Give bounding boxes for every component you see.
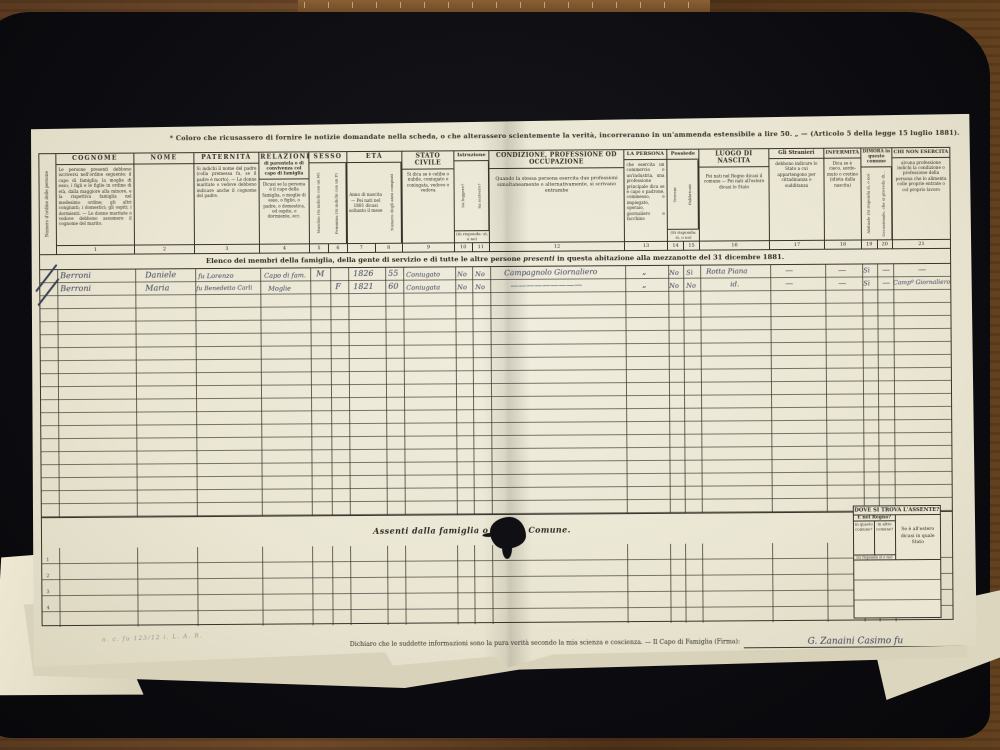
- col-sesso-title: SESSO: [309, 152, 346, 163]
- row2-terreni: No: [669, 282, 679, 290]
- row1-condizione: Campagnolo Giornaliero: [504, 267, 597, 277]
- col-la-persona-note: che esercita un commercio o un'industria…: [624, 160, 667, 242]
- dove-estero: Se è all'estero dicasi in quale Stato: [895, 515, 940, 559]
- col-nome-num: 2: [135, 244, 194, 253]
- row1-cognome: Berroni: [60, 271, 91, 280]
- col-dimora-nums: 19 20: [862, 239, 892, 248]
- col-la-persona: LA PERSONA che esercita un commercio o u…: [624, 150, 668, 250]
- column-rule: [862, 264, 865, 511]
- column-rule: [893, 264, 896, 511]
- row2-nome: Maria: [145, 283, 169, 292]
- col-stranieri-num: 17: [770, 240, 824, 249]
- row1-infermita: —: [838, 266, 846, 275]
- column-rule: [59, 548, 61, 627]
- col-stranieri-title: Gli Stranieri: [769, 149, 823, 159]
- list-caption-em: presenti: [523, 255, 555, 263]
- column-rule: [702, 544, 704, 623]
- col-paternita-note: Si indichi il nome del padre (colla prem…: [194, 164, 259, 245]
- col-sesso-nums: 5 6: [310, 243, 347, 252]
- col-sesso: SESSO Maschio (Si indichi con un M) Femm…: [309, 152, 348, 252]
- table-header: Numero d'ordine delle persone COGNOME Le…: [39, 148, 950, 255]
- row1-persona: „: [642, 267, 646, 276]
- row1-stranieri: —: [785, 266, 793, 275]
- col-relazione-num: 4: [260, 243, 309, 252]
- col-possiede: Possiede Terreni Fabbricati (Si risponda…: [667, 150, 700, 250]
- row2-chi-non-esercita: Campº Giornaliero: [893, 279, 950, 287]
- row1-paternita: fu Lorenzo: [198, 272, 233, 280]
- row2-anno-nascita: 1821: [353, 282, 373, 291]
- col-condizione-note: Quando la stessa persona esercita due pr…: [489, 168, 624, 242]
- col-nome: NOME 2: [134, 153, 195, 253]
- column-rule: [455, 267, 458, 514]
- column-rule: [350, 546, 352, 625]
- col-istruzione: Istruzione Sa leggere? Sa scrivere? (Si …: [454, 151, 490, 251]
- column-rule: [625, 266, 628, 513]
- column-rule: [627, 544, 629, 623]
- col-dimora-num-a: 19: [862, 240, 877, 248]
- dove-head: È nel Regno? in questo comune? in altro …: [854, 515, 940, 561]
- row2-paternita: fu Benedetto Carli: [196, 285, 252, 293]
- col-cognome-title: COGNOME: [56, 154, 133, 165]
- column-rule: [683, 266, 686, 513]
- col-istruzione-nums: 10 11: [455, 242, 489, 251]
- col-eta-nums: 7 8: [348, 243, 402, 252]
- column-rule: [770, 265, 773, 512]
- row2-luogo-nascita: id.: [730, 280, 739, 288]
- col-dimora-occasionale: Occasionale, che si prevede di…: [876, 167, 892, 239]
- col-relazione: RELAZIONE di parentela o di convivenza c…: [259, 152, 310, 252]
- col-chinon-note: alcuna professione indichi la condizione…: [892, 157, 950, 239]
- absent-row-number: 2: [46, 573, 49, 579]
- absent-row-number: 1: [46, 557, 49, 563]
- column-rule: [490, 267, 493, 514]
- col-eta-num-compiuti: 8: [374, 244, 402, 252]
- col-possiede-nota: (Si risponda: sì, o no): [668, 229, 699, 241]
- dove-empty-rows: [854, 560, 940, 618]
- dove-regno-cell: È nel Regno? in questo comune? in altro …: [854, 515, 896, 559]
- row1-stato-civile: Coniugato: [406, 270, 440, 278]
- row2-condizione: —————————: [510, 280, 582, 290]
- row1-relazione: Capo di fam.: [264, 271, 306, 280]
- column-rule: [877, 264, 880, 511]
- col-dimora-split: Abituale (Si risponda sì, o no) Occasion…: [861, 167, 892, 239]
- row1-fabbricati: Sì: [686, 269, 693, 277]
- column-rule: [685, 544, 687, 623]
- col-sesso-f: Femmina (Si indichi con un F): [327, 163, 347, 243]
- col-condizione: CONDIZIONE, PROFESSIONE OD OCCUPAZIONE Q…: [489, 150, 625, 251]
- row2-infermita: —: [838, 279, 846, 288]
- col-ordine-title: Numero d'ordine delle persone: [39, 154, 56, 254]
- col-chi-non-esercita: CHI NON ESERCITA alcuna professione indi…: [892, 148, 950, 248]
- declaration-line: Dichiaro che le suddette informazioni so…: [350, 627, 967, 651]
- col-cognome-num: 1: [57, 245, 134, 255]
- col-istruzione-num-s: 11: [471, 243, 489, 251]
- declaration-text: Dichiaro che le suddette informazioni so…: [350, 638, 740, 648]
- col-eta-num-anno: 7: [348, 244, 375, 252]
- col-istruzione-title: Istruzione: [454, 151, 488, 161]
- col-stranieri-note: debbono indicare lo Stato a cui apparten…: [769, 159, 824, 240]
- col-luogo-num: 16: [700, 240, 769, 249]
- col-stato-civile: STATO CIVILE Si dica se è celibe o nubil…: [402, 151, 455, 251]
- col-sesso-num-m: 5: [310, 244, 328, 252]
- row1-dimora-abituale: Sì: [863, 266, 870, 274]
- row2-dimora-occasionale: —: [882, 278, 890, 287]
- col-stranieri: Gli Stranieri debbono indicare lo Stato …: [769, 149, 825, 249]
- absent-caption-a: Assenti dalla famiglia o: [373, 525, 488, 536]
- col-nome-title: NOME: [134, 153, 193, 164]
- column-rule: [457, 545, 459, 624]
- column-rule: [387, 546, 389, 625]
- col-istruzione-num-l: 10: [455, 243, 472, 251]
- col-dimora-title: DIMORA in questo comune: [861, 148, 891, 167]
- col-eta-split: Anno di nascita — Pei nati nel 1881 dica…: [347, 163, 402, 243]
- list-caption-post: in questa abitazione alla mezzanotte del…: [555, 253, 785, 263]
- signature-rule: G. Zanaini Casimo fu: [744, 627, 967, 649]
- column-rule: [405, 546, 407, 625]
- column-rule: [492, 545, 494, 624]
- column-rule: [135, 270, 138, 517]
- column-rule: [262, 547, 264, 626]
- head-of-family-signature: G. Zanaini Casimo fu: [808, 636, 904, 647]
- row1-nome: Daniele: [145, 270, 176, 279]
- col-luogo-nascita: LUOGO DI NASCITA Pei nati nel Regno dica…: [699, 149, 770, 249]
- row2-sa-scrivere: No: [475, 283, 485, 291]
- penalty-note: * Coloro che ricusassero di fornire le n…: [168, 129, 961, 143]
- col-fabbricati: Fabbricati: [682, 159, 698, 229]
- col-infermita: INFERMITÀ Dica se è cieco, sordo-muto o …: [824, 148, 862, 248]
- col-stato-note: Si dica se è celibe o nubile, coniugato …: [402, 169, 454, 243]
- row2-stranieri: —: [785, 279, 793, 288]
- column-rule: [403, 268, 406, 515]
- col-eta-compiuti: Numero degli anni compiuti: [383, 163, 402, 243]
- column-rule: [670, 544, 672, 623]
- column-rule: [310, 268, 313, 515]
- col-la-persona-num: 13: [625, 241, 667, 250]
- absent-table-body: 1 2 3 4: [42, 542, 953, 627]
- row2-fabbricati: No: [686, 282, 696, 290]
- row1-chi-non-esercita: —: [918, 265, 926, 274]
- col-eta-anno: Anno di nascita — Pei nati nel 1881 dica…: [347, 163, 384, 243]
- col-la-persona-title: LA PERSONA: [624, 150, 666, 160]
- col-chinon-num: 21: [893, 239, 950, 248]
- col-paternita-title: PATERNITÀ: [194, 153, 258, 164]
- col-dimora-num-o: 20: [876, 240, 892, 248]
- column-rule: [348, 268, 351, 515]
- col-istruzione-nota: (Si risponda: sì, o no): [455, 230, 489, 242]
- col-dimora-abituale: Abituale (Si risponda sì, o no): [861, 167, 876, 239]
- column-rule: [772, 543, 774, 622]
- col-ordine: Numero d'ordine delle persone: [39, 154, 57, 254]
- col-paternita-num: 3: [195, 244, 259, 253]
- row1-dimora-occasionale: —: [882, 265, 890, 274]
- row2-stato-civile: Coniugata: [406, 283, 440, 291]
- dove-q1: in questo comune?: [854, 521, 874, 554]
- col-terreni: Terreni: [667, 159, 682, 229]
- col-eta: ETÀ Anno di nascita — Pei nati nel 1881 …: [347, 152, 403, 252]
- row2-sesso-f: F: [335, 282, 341, 291]
- photo-scene: * Coloro che ricusassero di fornire le n…: [0, 0, 1000, 750]
- col-possiede-split: Terreni Fabbricati: [667, 159, 698, 229]
- dove-nota: (si risponda sì o no): [854, 554, 895, 559]
- column-rule: [385, 268, 388, 515]
- row1-anni-compiuti: 55: [388, 269, 398, 278]
- column-rule: [827, 543, 829, 622]
- column-rule: [312, 546, 314, 625]
- col-stato-num: 9: [403, 242, 454, 251]
- column-rule: [700, 266, 703, 513]
- row2-persona: „: [642, 280, 646, 289]
- col-chinon-title: CHI NON ESERCITA: [892, 148, 949, 158]
- row2-relazione: Moglie: [268, 284, 291, 292]
- col-possiede-num-f: 15: [683, 242, 699, 250]
- absent-row-number: 4: [46, 605, 49, 611]
- col-nome-spacer: [134, 164, 194, 245]
- col-luogo-note: Pei nati nel Regno dicasi il comune — Pe…: [699, 167, 769, 241]
- row2-dimora-abituale: Sì: [863, 279, 870, 287]
- row1-sesso-m: M: [316, 269, 324, 278]
- row2-cognome: Berroni: [60, 284, 91, 293]
- col-infermita-title: INFERMITÀ: [824, 148, 860, 158]
- col-luogo-title: LUOGO DI NASCITA: [699, 149, 768, 167]
- column-rule: [668, 266, 671, 513]
- col-relazione-note: Dicasi se la persona è il capo della fam…: [260, 179, 309, 244]
- column-rule: [195, 269, 198, 516]
- col-possiede-title: Possiede: [667, 150, 698, 160]
- col-stato-title: STATO CIVILE: [402, 151, 453, 169]
- col-sesso-split: Maschio (Si indichi con un M) Femmina (S…: [309, 163, 347, 243]
- row1-luogo-nascita: Rotta Piana: [706, 267, 747, 276]
- column-rule: [825, 265, 828, 512]
- column-rule: [260, 269, 263, 516]
- absent-location-box: DOVE SI TROVA L'ASSENTE? È nel Regno? in…: [853, 505, 942, 619]
- column-rule: [137, 548, 139, 627]
- row1-sa-leggere: No: [457, 270, 467, 278]
- list-caption-pre: Elenco dei membri della famiglia, della …: [206, 255, 523, 265]
- absent-row-number: 3: [46, 589, 49, 595]
- row1-terreni: No: [669, 269, 679, 277]
- col-cognome: COGNOME Le persone presenti debbono iscr…: [56, 154, 135, 255]
- col-relazione-subtitle: di parentela o di convivenza col capo di…: [260, 162, 307, 177]
- col-eta-title: ETÀ: [347, 152, 401, 163]
- col-cognome-note: Le persone presenti debbono iscriversi n…: [56, 164, 134, 245]
- col-possiede-nums: 14 15: [668, 241, 699, 250]
- census-sheet: * Coloro che ricusassero di fornire le n…: [28, 113, 977, 672]
- column-rule: [332, 546, 334, 625]
- column-rule: [472, 267, 475, 514]
- col-sa-leggere: Sa leggere?: [454, 161, 471, 231]
- col-infermita-num: 18: [825, 239, 861, 248]
- row2-sa-leggere: No: [457, 283, 467, 291]
- column-rule: [197, 547, 199, 626]
- dove-q2: in altro comune?: [874, 521, 895, 554]
- col-istruzione-split: Sa leggere? Sa scrivere?: [454, 161, 488, 231]
- col-dimora: DIMORA in questo comune Abituale (Si ris…: [861, 148, 893, 248]
- dove-questions: in questo comune? in altro comune?: [854, 521, 895, 554]
- row2-anni-compiuti: 60: [388, 282, 398, 291]
- col-sesso-num-f: 6: [328, 244, 347, 252]
- column-rule: [474, 545, 476, 624]
- col-sa-scrivere: Sa scrivere?: [471, 161, 489, 231]
- col-condizione-title: CONDIZIONE, PROFESSIONE OD OCCUPAZIONE: [489, 150, 623, 169]
- col-relazione-title: RELAZIONE di parentela o di convivenza c…: [259, 152, 308, 179]
- col-infermita-note: Dica se è cieco, sordo-muto o cretino (i…: [824, 158, 861, 239]
- col-paternita: PATERNITÀ Si indichi il nome del padre (…: [194, 153, 260, 253]
- col-possiede-num-t: 14: [668, 242, 683, 250]
- census-table: Numero d'ordine delle persone COGNOME Le…: [38, 147, 953, 626]
- col-sesso-m: Maschio (Si indichi con un M): [309, 163, 328, 243]
- table-body: Berroni Daniele fu Lorenzo Capo di fam. …: [40, 264, 952, 518]
- column-rule: [57, 270, 60, 517]
- row1-anno-nascita: 1826: [353, 269, 373, 278]
- pencil-annotation: n. c. fu 123/12 i. L. A. R.: [102, 632, 203, 643]
- row1-sa-scrivere: No: [475, 270, 485, 278]
- column-rule: [330, 268, 333, 515]
- absent-caption-b: Comune.: [528, 525, 571, 535]
- col-condizione-num: 12: [490, 241, 624, 251]
